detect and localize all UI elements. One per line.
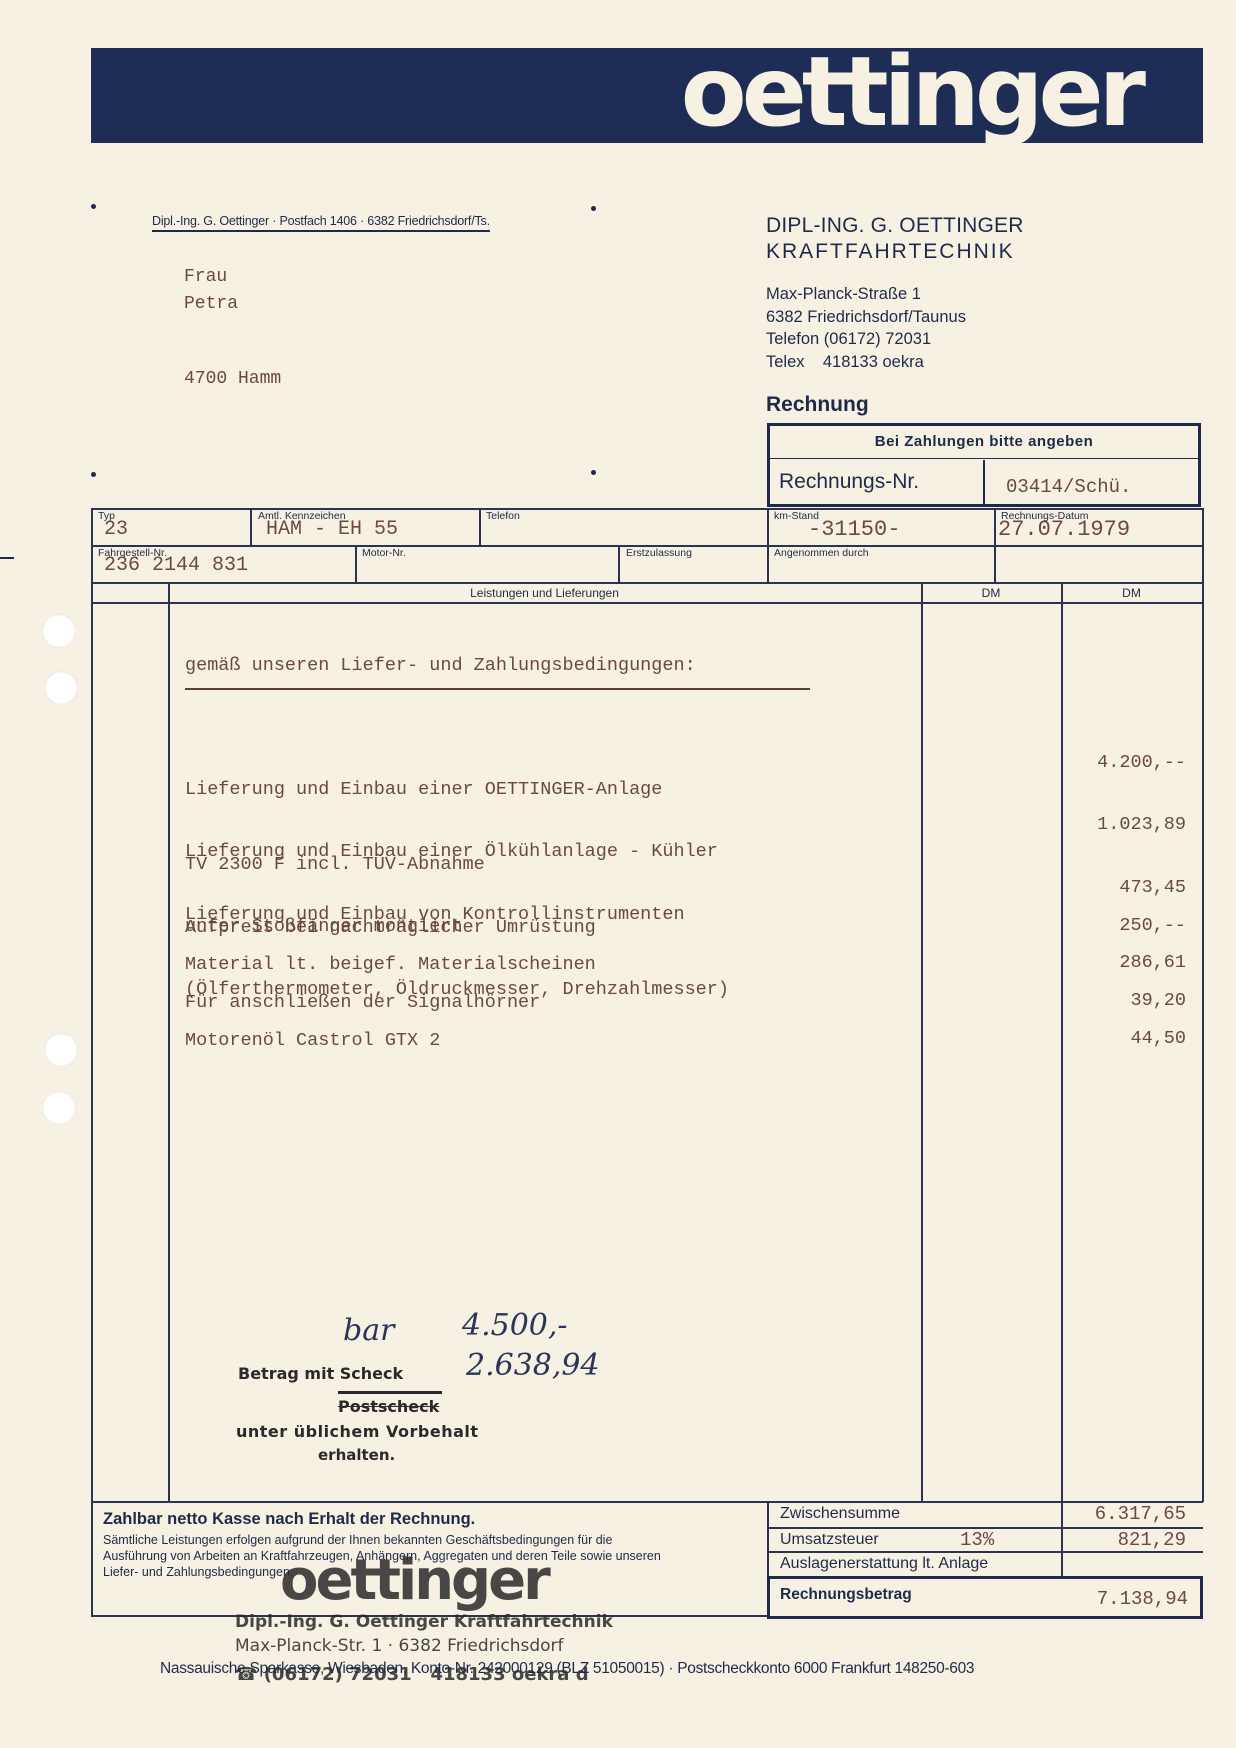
stamp-rule: [338, 1391, 442, 1394]
fold-mark: [591, 206, 596, 211]
company-telex: Telex 418133 oekra: [766, 351, 966, 374]
kennzeichen-value: HAM - EH 55: [266, 518, 398, 541]
payment-terms-title: Zahlbar netto Kasse nach Erhalt der Rech…: [103, 1510, 475, 1529]
line-item-5-amount: 286,61: [1119, 952, 1186, 973]
divider: [983, 460, 985, 504]
payment-box-header: Bei Zahlungen bitte angeben: [770, 426, 1198, 459]
grid-line: [91, 1501, 1203, 1503]
grid-line: [767, 508, 769, 582]
document-title: Rechnung: [766, 393, 869, 417]
typ-value: 23: [104, 518, 128, 541]
sender-return-address: Dipl.-Ing. G. Oettinger · Postfach 1406 …: [152, 214, 490, 232]
column-header-dm-2: DM: [1061, 586, 1202, 600]
line-item-1-amount: 4.200,--: [1097, 752, 1186, 773]
subtotal-label: Zwischensumme: [780, 1505, 900, 1523]
km-stand-value: -31150-: [808, 517, 900, 542]
grid-line: [91, 582, 1203, 584]
grid-line: [168, 582, 170, 1501]
expenses-label: Auslagenerstattung lt. Anlage: [780, 1555, 988, 1573]
received-stamp-line4: erhalten.: [318, 1446, 395, 1464]
line-item-6: Für anschließen der Signalhörner: [185, 990, 540, 1015]
grid-line: [618, 545, 620, 582]
grid-line: [1061, 582, 1063, 1576]
line-item-4-amount: 250,--: [1119, 915, 1186, 936]
motor-label: Motor-Nr.: [362, 547, 406, 559]
telefon-label: Telefon: [486, 510, 520, 522]
grid-line: [91, 602, 1203, 604]
erstzulassung-label: Erstzulassung: [626, 547, 692, 559]
company-stamp-line1: Dipl.-Ing. G. Oettinger Kraftfahrtechnik: [235, 1612, 613, 1632]
column-header-services: Leistungen und Lieferungen: [168, 586, 921, 600]
bank-details: Nassauische Sparkasse, Wiesbaden, Konto-…: [160, 1660, 974, 1678]
company-name-line2: KRAFTFAHRTECHNIK: [766, 239, 1024, 265]
total-value: 7.138,94: [1097, 1588, 1188, 1610]
vat-value: 821,29: [1118, 1529, 1186, 1551]
company-city: 6382 Friedrichsdorf/Taunus: [766, 306, 966, 329]
vat-rate: 13%: [960, 1529, 994, 1551]
vat-label: Umsatzsteuer: [780, 1531, 879, 1549]
grid-line: [994, 508, 996, 582]
grid-line: [355, 545, 357, 582]
punch-hole: [42, 1091, 76, 1125]
fold-mark: [591, 470, 596, 475]
company-address: Max-Planck-Straße 1 6382 Friedrichsdorf/…: [766, 283, 966, 373]
company-street: Max-Planck-Straße 1: [766, 283, 966, 306]
intro-underline: [185, 688, 810, 690]
received-stamp-line1: Betrag mit Scheck: [238, 1364, 403, 1383]
punch-hole: [44, 671, 78, 705]
fahrgestell-value: 236 2144 831: [104, 554, 248, 577]
grid-line: [921, 582, 923, 1501]
company-stamp-logo: oettinger: [280, 1548, 548, 1613]
letterhead-banner: oettinger: [91, 48, 1203, 143]
line-item-4: Aufpreis bei nachträglicher Umrüstung: [185, 915, 596, 940]
fold-line-mark: [0, 557, 14, 559]
rechnungsdatum-value: 27.07.1979: [998, 517, 1130, 542]
column-header-dm-1: DM: [921, 586, 1061, 600]
grid-line: [479, 508, 481, 545]
fold-mark: [91, 472, 96, 477]
punch-hole: [44, 1033, 78, 1067]
handwritten-bar-amount: 4.500,-: [462, 1308, 568, 1343]
line-item-2-amount: 1.023,89: [1097, 814, 1186, 835]
handwritten-check-amount: 2.638,94: [466, 1348, 600, 1383]
line-item-5: Material lt. beigef. Materialscheinen: [185, 952, 596, 977]
terms-intro: gemäß unseren Liefer- und Zahlungsbeding…: [185, 653, 696, 678]
payment-reference-box: Bei Zahlungen bitte angeben Rechnungs-Nr…: [767, 423, 1201, 507]
punch-hole: [42, 614, 76, 648]
angenommen-label: Angenommen durch: [774, 547, 869, 559]
grid-line: [1202, 508, 1204, 1502]
total-label: Rechnungsbetrag: [780, 1586, 912, 1604]
fold-mark: [91, 204, 96, 209]
line-item-7: Motorenöl Castrol GTX 2: [185, 1028, 440, 1053]
company-name: DIPL-ING. G. OETTINGER KRAFTFAHRTECHNIK: [766, 213, 1024, 265]
received-stamp-line2-struck: Postscheck: [338, 1397, 439, 1416]
recipient-salutation: Frau: [184, 266, 227, 288]
line-item-7-amount: 44,50: [1130, 1028, 1186, 1049]
line-item-6-amount: 39,20: [1130, 990, 1186, 1011]
company-phone: Telefon (06172) 72031: [766, 328, 966, 351]
recipient-city: 4700 Hamm: [184, 368, 281, 390]
invoice-number-label: Rechnungs-Nr.: [779, 470, 919, 494]
grid-line: [250, 508, 252, 545]
company-stamp-line2: Max-Planck-Str. 1 · 6382 Friedrichsdorf: [235, 1636, 564, 1656]
subtotal-value: 6.317,65: [1095, 1503, 1186, 1525]
grid-line: [767, 1551, 1203, 1553]
invoice-number: 03414/Schü.: [1006, 476, 1131, 498]
line-item-3-amount: 473,45: [1119, 877, 1186, 898]
company-name-line1: DIPL-ING. G. OETTINGER: [766, 213, 1024, 239]
handwritten-bar-label: bar: [343, 1313, 394, 1348]
company-logo: oettinger: [681, 42, 1141, 142]
grid-line: [91, 508, 93, 1616]
recipient-name: Petra: [184, 293, 238, 315]
received-stamp-line3: unter üblichem Vorbehalt: [236, 1422, 479, 1441]
